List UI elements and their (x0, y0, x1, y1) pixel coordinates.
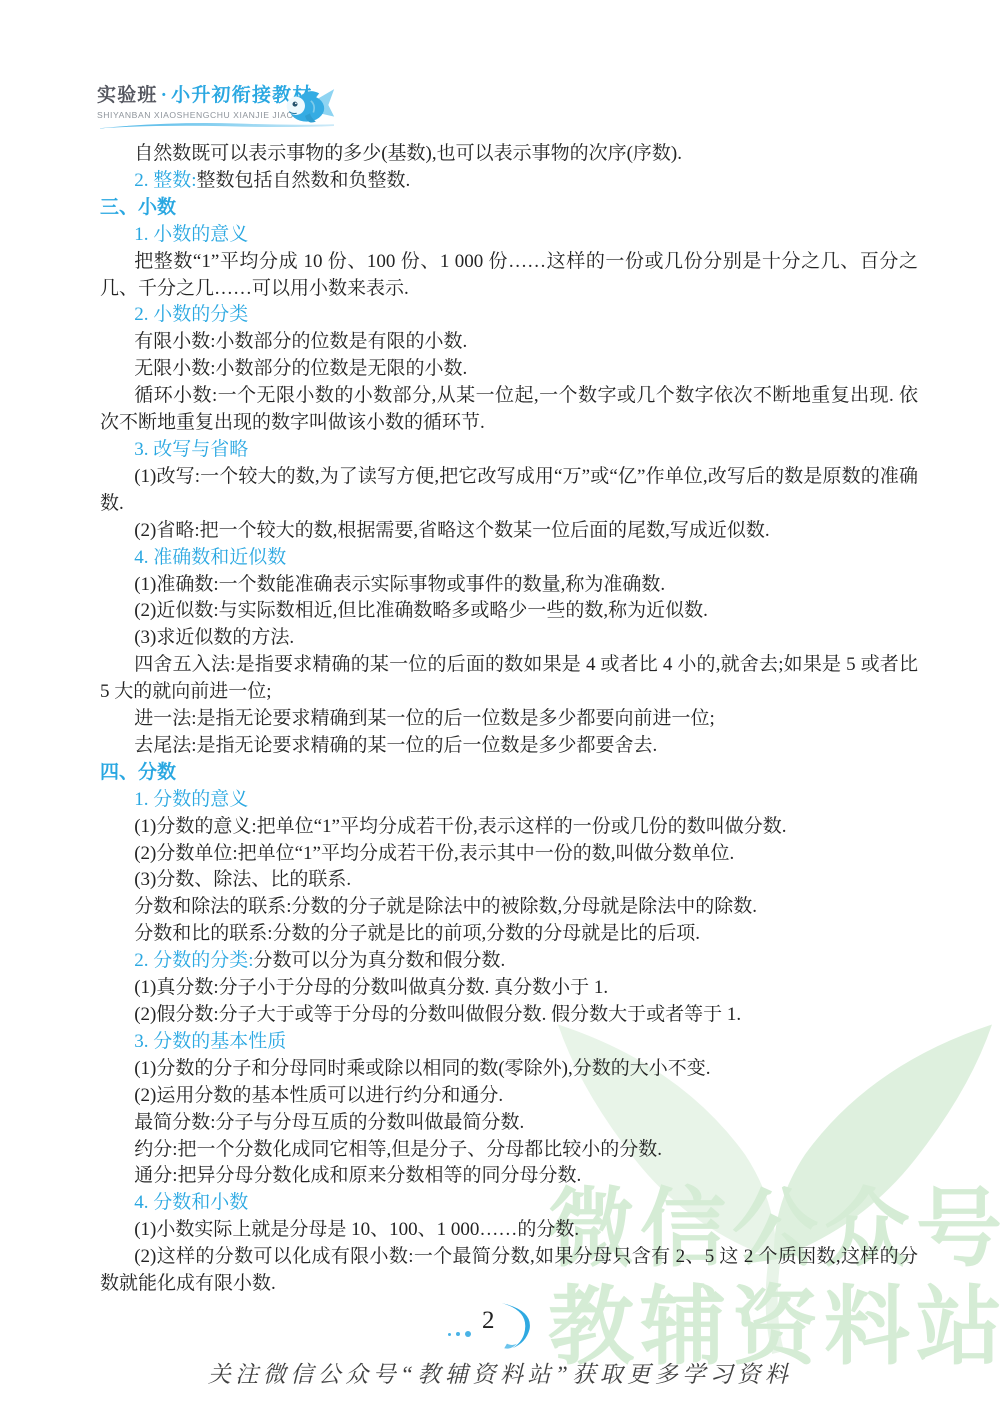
page-number: 2 (482, 1307, 495, 1335)
page-number-dots-icon (448, 1331, 471, 1337)
paragraph: 四舍五入法:是指要求精确的某一位的后面的数如果是 4 或者比 4 小的,就舍去;… (100, 652, 918, 706)
blue-lead-label: 2. 分数的分类: (134, 950, 253, 971)
paragraph: 分数和比的联系:分数的分子就是比的前项,分数的分母就是比的后项. (100, 921, 918, 948)
document-body: 自然数既可以表示事物的多少(基数),也可以表示事物的次序(序数).2. 整数:整… (100, 141, 918, 1298)
sub-heading: 3. 改写与省略 (100, 437, 918, 464)
paragraph: 循环小数:一个无限小数的小数部分,从某一位起,一个数字或几个数字依次不断地重复出… (100, 383, 918, 437)
paragraph: 约分:把一个分数化成同它相等,但是分子、分母都比较小的分数. (100, 1137, 918, 1164)
paragraph: (2)这样的分数可以化成有限小数:一个最简分数,如果分母只含有 2、5 这 2 … (100, 1244, 918, 1298)
paragraph: 去尾法:是指无论要求精确的某一位的后一位数是多少都要舍去. (100, 733, 918, 760)
page-number-wave-icon (496, 1303, 536, 1350)
paragraph: 2. 分数的分类:分数可以分为真分数和假分数. (100, 948, 918, 975)
sub-heading: 1. 分数的意义 (100, 787, 918, 814)
paragraph: 分数和除法的联系:分数的分子就是除法中的被除数,分母就是除法中的除数. (100, 894, 918, 921)
paragraph: (2)分数单位:把单位“1”平均分成若干份,表示其中一份的数,叫做分数单位. (100, 841, 918, 868)
paragraph: (2)运用分数的基本性质可以进行约分和通分. (100, 1083, 918, 1110)
section-heading: 四、分数 (100, 760, 918, 787)
paragraph: (1)分数的分子和分母同时乘或除以相同的数(零除外),分数的大小不变. (100, 1056, 918, 1083)
page-number-block: 2 (448, 1303, 538, 1353)
paragraph: (1)真分数:分子小于分母的分数叫做真分数. 真分数小于 1. (100, 975, 918, 1002)
paragraph: (1)改写:一个较大的数,为了读写方便,把它改写成用“万”或“亿”作单位,改写后… (100, 464, 918, 518)
paragraph: 2. 整数:整数包括自然数和负整数. (100, 168, 918, 195)
paragraph: 最简分数:分子与分母互质的分数叫做最简分数. (100, 1110, 918, 1137)
paragraph: 自然数既可以表示事物的多少(基数),也可以表示事物的次序(序数). (100, 141, 918, 168)
sub-heading: 2. 小数的分类 (100, 302, 918, 329)
footer-promo-note: 关注微信公众号“教辅资料站”获取更多学习资料 (0, 1356, 1000, 1389)
paragraph: 通分:把异分母分数化成和原来分数相等的同分母分数. (100, 1163, 918, 1190)
sub-heading: 4. 准确数和近似数 (100, 545, 918, 572)
fish-logo-icon (285, 86, 335, 129)
paragraph: (1)分数的意义:把单位“1”平均分成若干份,表示这样的一份或几份的数叫做分数. (100, 814, 918, 841)
sub-heading: 3. 分数的基本性质 (100, 1029, 918, 1056)
blue-lead-label: 2. 整数: (134, 170, 196, 191)
textbook-page: 微信公众号 教辅资料站 实验班·小升初衔接教材 SHIYANBAN XIAOSH… (0, 0, 1000, 1403)
section-heading: 三、小数 (100, 195, 918, 222)
paragraph: (1)准确数:一个数能准确表示实际事物或事件的数量,称为准确数. (100, 572, 918, 599)
paragraph: (3)分数、除法、比的联系. (100, 867, 918, 894)
paragraph: (2)省略:把一个较大的数,根据需要,省略这个数某一位后面的尾数,写成近似数. (100, 518, 918, 545)
sub-heading: 1. 小数的意义 (100, 222, 918, 249)
paragraph: 有限小数:小数部分的位数是有限的小数. (100, 329, 918, 356)
paragraph: (1)小数实际上就是分母是 10、100、1 000……的分数. (100, 1217, 918, 1244)
sub-heading: 4. 分数和小数 (100, 1190, 918, 1217)
paragraph: 无限小数:小数部分的位数是无限的小数. (100, 356, 918, 383)
paragraph: (2)近似数:与实际数相近,但比准确数略多或略少一些的数,称为近似数. (100, 598, 918, 625)
paragraph: 进一法:是指无论要求精确到某一位的后一位数是多少都要向前进一位; (100, 706, 918, 733)
brand-separator-dot: · (158, 85, 172, 106)
paragraph: 把整数“1”平均分成 10 份、100 份、1 000 份……这样的一份或几份分… (100, 249, 918, 303)
brand-title-primary: 实验班 (97, 85, 158, 106)
paragraph: (3)求近似数的方法. (100, 625, 918, 652)
paragraph: (2)假分数:分子大于或等于分母的分数叫做假分数. 假分数大于或者等于 1. (100, 1002, 918, 1029)
brand-header: 实验班·小升初衔接教材 SHIYANBAN XIAOSHENGCHU XIANJ… (97, 84, 357, 139)
